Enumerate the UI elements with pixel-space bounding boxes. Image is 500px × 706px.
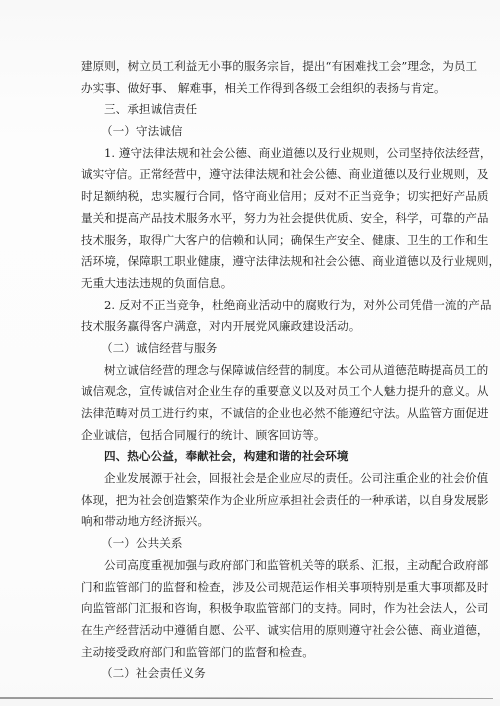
subsection-heading: （一）公共关系 <box>81 533 433 555</box>
text-line: 技术服务赢得客户满意，对内开展党风廉政建设活动。 <box>81 316 433 338</box>
text-line: 门和监管部门的监督和检查，涉及公司规范运作相关事项特别是重大事项都及时 <box>81 577 433 599</box>
text-line: 企业发展源于社会，回报社会是企业应尽的责任。公司注重企业的社会价值 <box>81 468 433 490</box>
section-heading: 四、热心公益，奉献社会，构建和谐的社会环境 <box>81 446 433 468</box>
text-line: 无重大违法违规的负面信息。 <box>81 273 433 295</box>
text-line: 企业诚信，包括合同履行的统计、顾客回访等。 <box>81 425 433 447</box>
text-line: 诚实守信。正常经营中，遵守法律法规和社会公德、商业道德以及行业规则，及 <box>81 164 433 186</box>
subsection-heading: （二）诚信经营与服务 <box>81 338 433 360</box>
text-line: 2. 反对不正当竞争，杜绝商业活动中的腐败行为，对外公司凭借一流的产品 <box>81 295 433 317</box>
text-line: 响和带动地方经济振兴。 <box>81 511 433 533</box>
text-line: 技术服务，取得广大客户的信赖和认同；确保生产安全、健康、卫生的工作和生 <box>81 230 433 252</box>
text-line: 向监管部门汇报和咨询，积极争取监管部门的支持。同时，作为社会法人，公司 <box>81 598 433 620</box>
text-line: 树立诚信经营的理念与保障诚信经营的制度。本公司从道德范畴提高员工的 <box>81 360 433 382</box>
scanned-document-page: 建原则，树立员工利益无小事的服务宗旨，提出“有困难找工会”理念，为员工 办实事、… <box>0 0 500 706</box>
text-line: 诚信观念，宣传诚信对企业生存的重要意义以及对员工个人魅力提升的意义。从 <box>81 381 433 403</box>
text-line: 1. 遵守法律法规和社会公德、商业道德以及行业规则，公司坚持依法经营， <box>81 143 433 165</box>
text-line: 时足额纳税，忠实履行合同，恪守商业信用；反对不正当竞争；切实把好产品质 <box>81 186 433 208</box>
text-line: 量关和提高产品技术服务水平，努力为社会提供优质、安全，科学，可靠的产品 <box>81 208 433 230</box>
subsection-heading: （一）守法诚信 <box>81 121 433 143</box>
text-line: 公司高度重视加强与政府部门和监管机关等的联系、汇报，主动配合政府部 <box>81 555 433 577</box>
section-heading: 三、承担诚信责任 <box>81 99 433 121</box>
text-line: 活环境，保障职工职业健康，遵守法律法规和社会公德、商业道德以及行业规则， <box>81 251 433 273</box>
text-line: 在生产经营活动中遵循自愿、公平、诚实信用的原则遵守社会公德、商业道德， <box>81 620 433 642</box>
scan-margin <box>0 699 500 706</box>
text-line: 建原则，树立员工利益无小事的服务宗旨，提出“有困难找工会”理念，为员工 <box>81 56 433 78</box>
document-body: 建原则，树立员工利益无小事的服务宗旨，提出“有困难找工会”理念，为员工 办实事、… <box>81 56 433 685</box>
subsection-heading: （二）社会责任义务 <box>81 663 433 685</box>
text-line: 体现，把为社会创造繁荣作为企业所应承担社会责任的一种承诺，以自身发展影 <box>81 490 433 512</box>
text-line: 主动接受政府部门和监管部门的监督和检查。 <box>81 642 433 664</box>
text-line: 法律范畴对员工进行约束，不诚信的企业也必然不能遵纪守法。从监管方面促进 <box>81 403 433 425</box>
text-line: 办实事、做好事、 解难事，相关工作得到各级工会组织的表扬与肯定。 <box>81 78 433 100</box>
